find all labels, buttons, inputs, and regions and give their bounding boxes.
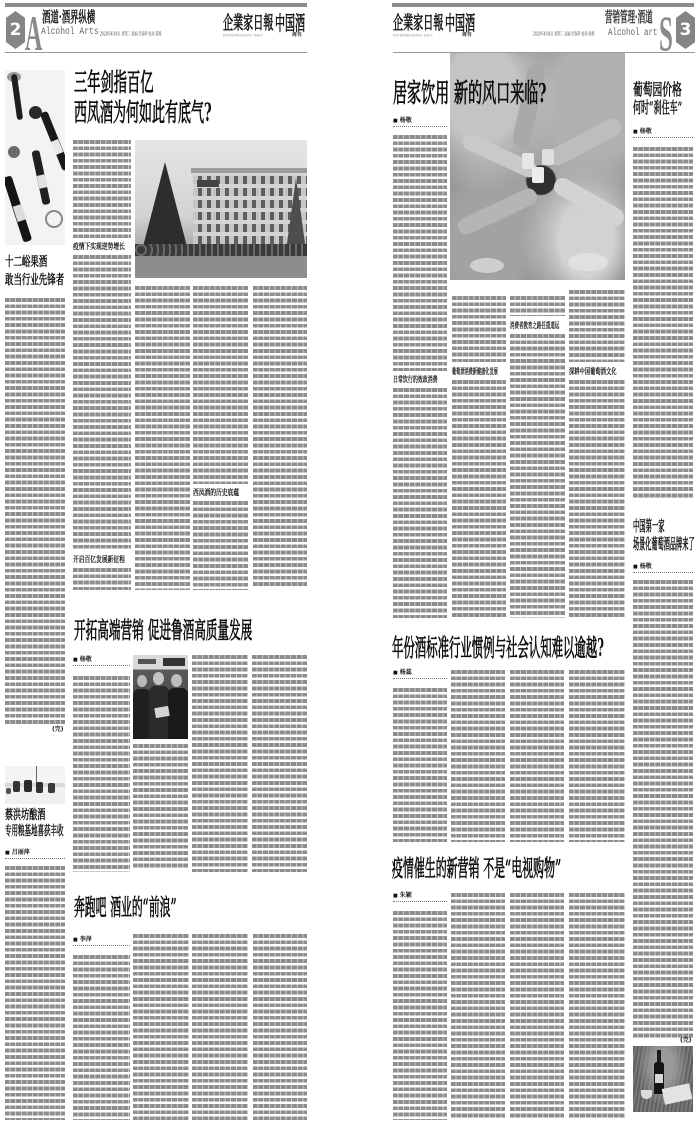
headline-changjinghua-line1: 中国第一家 [633,519,665,534]
tractor-shape [13,781,20,792]
arm-shape [551,175,625,230]
article-body-text [569,893,625,1120]
byline: ■杨敬 [633,563,693,573]
cup-shape [641,1090,652,1099]
byline-marker-icon: ■ [393,893,398,899]
subhead: 消费者教育之路任重道远 [510,322,559,330]
headline-benpao: 奔跑吧 酒业的“前浪” [74,896,177,919]
tractor-shape [48,783,55,793]
bottle-label [13,204,27,222]
ground [135,256,307,278]
article-body-text [193,286,248,484]
article-body-text [451,893,505,1120]
glass-shape [45,210,63,228]
byline-marker-icon: ■ [5,850,10,856]
left-header-top-bar [5,3,307,7]
right-logo-english: ENTREPRENEURS' DAILY [393,34,433,38]
byline-marker-icon: ■ [393,118,398,124]
article-body-text [452,380,506,618]
tractor-shape [36,782,43,793]
byline: ■杨蕊 [393,669,447,679]
left-logo-cn: 企業家日報 [223,15,273,33]
subhead: 葡萄酒消费新健康化发展 [452,368,498,376]
photo-tractors-field [5,766,65,804]
left-section-english: Alcohol Arts [41,28,99,38]
headline-shieryu-line1: 十二峪果酒 [5,256,47,269]
article-body-text [133,744,188,868]
subhead: 开启百亿发展新征程 [73,556,125,564]
byline: ■杨敬 [73,656,130,666]
plate-shape [568,253,608,271]
left-page-letter: A [25,8,42,58]
photo-meeting [133,655,188,739]
banner-text-shape [138,659,156,664]
byline: ■杨敬 [633,128,693,138]
left-logo-tag: 周刊 [292,33,302,38]
glass-shape [532,167,544,183]
left-page-number: 2 [10,20,22,40]
article-body-text [5,866,65,1120]
article-body-text [133,934,189,1120]
bottle-label [37,174,48,188]
right-logo-cn: 企業家日報 [393,15,443,33]
byline-author: 吕丽萍 [12,849,30,856]
article-body-text [73,676,130,872]
byline-marker-icon: ■ [633,564,638,570]
article-body-text [569,670,625,842]
byline-author: 杨敬 [400,117,412,124]
tractor-shape [24,780,32,792]
left-logo-channel: 中国酒 [275,13,305,33]
subhead: 西凤酒的历史底蕴 [193,489,239,497]
plate-shape [470,258,504,273]
headline-caihongfang-line1: 蔡洪坊酿酒 [5,809,45,822]
banner-text-shape [163,658,185,666]
byline-marker-icon: ■ [73,657,78,663]
right-page-number-hexagon: 3 [676,11,695,49]
shrub-row [135,244,307,256]
building-roof [191,168,307,173]
byline-author: 杨敬 [640,563,652,570]
left-section-title: 酒道·酒界纵横 [42,10,95,25]
article-body-text [73,140,131,238]
article-body-text [73,955,130,1120]
byline: ■杨敬 [393,117,447,127]
right-logo-tag: 周刊 [462,33,472,38]
byline-marker-icon: ■ [633,129,638,135]
article-body-text [452,296,506,362]
cup-shape [8,146,20,158]
article-body-text [253,286,307,586]
subhead: 深耕中国葡萄酒文化 [569,368,617,376]
article-body-text [393,688,447,842]
end-mark: (完) [680,1038,692,1044]
article-body-text [253,934,307,1120]
article-body-text [192,934,248,1120]
person-head [171,674,182,687]
person-body [168,688,188,739]
article-body-text [73,568,131,590]
person-head [153,672,164,685]
article-body-text [510,670,564,842]
article-body-text [633,147,693,499]
photo-xifeng-building [135,140,307,278]
left-header-rule [5,52,307,53]
headline-caihongfang-line2: 专用粮基地喜获丰收 [5,825,64,838]
right-page-letter: S [659,8,673,58]
article-body-text [5,298,65,725]
photo-wine-still-life [633,1046,693,1112]
headline-luju: 开拓高端营销 促进鲁酒高质量发展 [74,619,252,642]
headline-jujia-part2: 新的风口来临? [454,79,546,109]
headline-jujia-part1: 居家饮用 [393,79,449,109]
left-logo-english: ENTREPRENEURS' DAILY [223,34,263,38]
headline-nianfen: 年份酒标准行业惯例与社会认知难以逾越? [392,636,604,660]
headline-xifeng-line1: 三年剑指百亿 [74,70,154,95]
newspaper-spread: 2 A 酒道·酒界纵横 Alcohol Arts 2020年4月8日 星期三 责… [0,0,699,1126]
right-date-line: 2020年4月8日 星期三 责编:代春辉 校对:黄静 [533,32,594,37]
headline-xifeng-line2: 西凤酒为何如此有底气? [74,100,212,125]
article-body-text [73,255,131,550]
article-body-text [193,501,248,590]
arm-shape [455,186,539,237]
building-sign [197,180,219,187]
byline-author: 杨敬 [640,128,652,135]
bottle-label [51,139,64,155]
arm-shape [545,115,624,168]
article-body-text [569,380,625,618]
article-body-text [252,655,307,872]
article-body-text [510,334,565,618]
right-section-title: 营销管理·酒道 [605,10,653,25]
plate-shape [662,1083,693,1104]
article-body-text [393,135,447,371]
left-date-line: 2020年4月8日 星期三 责编:代春辉 校对:黄静 [100,32,161,37]
byline-author: 李泽 [80,936,92,943]
article-body-text [510,893,564,1120]
right-page-number: 3 [680,20,692,40]
left-page-number-hexagon: 2 [6,11,25,49]
headline-putaoyuan-line1: 葡萄园价格 [633,82,682,98]
byline: ■吕丽萍 [5,849,65,859]
bottle-shape [11,74,23,120]
bottle-label [655,1074,663,1083]
byline-marker-icon: ■ [393,670,398,676]
glass-shape [542,149,554,165]
right-logo-channel: 中国酒 [445,13,475,33]
headline-yiqing: 疫情催生的新营销 不是“电视购物” [392,857,561,880]
byline-author: 杨敬 [80,656,92,663]
byline-author: 朱颖 [400,892,412,899]
person-head [137,675,147,687]
headline-putaoyuan-line2: 何时“刹住车” [633,100,682,116]
headline-jujia: 居家饮用 新的风口来临? [393,81,547,107]
article-body-text [393,388,447,618]
headline-shieryu-line2: 敢当行业先锋者 [5,274,64,287]
article-body-text [633,580,693,1038]
article-body-text [510,296,565,316]
article-body-text [135,286,190,590]
byline-marker-icon: ■ [73,937,78,943]
byline-author: 杨蕊 [400,669,412,676]
photo-wine-bottles [5,70,65,245]
article-body-text [451,670,505,842]
byline: ■李泽 [73,936,130,946]
article-body-text [192,655,248,872]
end-mark: (完) [52,727,64,733]
byline: ■朱颖 [393,892,447,902]
subhead: 疫情下实现逆势增长 [73,243,125,251]
headline-changjinghua-line2: 场景化葡萄酒品牌来了 [633,537,695,552]
article-body-text [393,911,447,1120]
right-section-english: Alcohol art [608,29,658,39]
subhead: 日常饮行的效政消费 [393,376,438,384]
article-body-text [569,290,625,362]
tractor-shape [6,788,11,794]
right-header-top-bar [392,3,694,7]
